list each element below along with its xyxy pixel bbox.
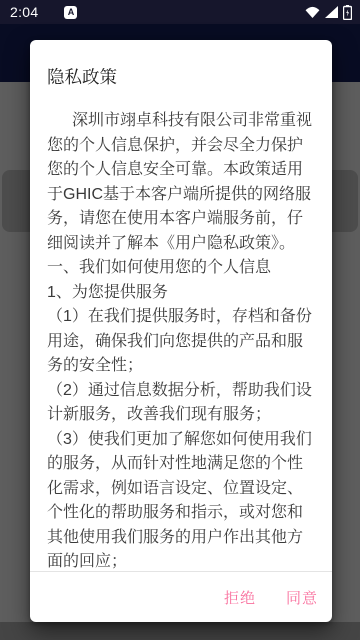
- policy-paragraph: （1）在我们提供服务时，存档和备份用途，确保我们向您提供的产品和服务的安全性；: [47, 305, 315, 379]
- refuse-button[interactable]: 拒绝: [216, 579, 264, 616]
- agree-button[interactable]: 同意: [278, 579, 326, 616]
- cellular-signal-icon: [325, 6, 338, 18]
- policy-section-heading: 一、我们如何使用您的个人信息: [47, 256, 315, 281]
- notification-app-icon: A: [64, 6, 77, 19]
- wifi-icon: [305, 6, 320, 18]
- policy-paragraph: （2）通过信息数据分析，帮助我们设计新服务，改善我们现有服务；: [47, 379, 315, 428]
- policy-subsection-heading: 1、为您提供服务: [47, 281, 315, 306]
- dialog-action-bar: 拒绝 同意: [30, 572, 332, 622]
- status-time: 2:04: [10, 4, 38, 20]
- privacy-policy-text-scroll[interactable]: 深圳市翊卓科技有限公司非常重视您的个人信息保护，并会尽全力保护您的个人信息安全可…: [30, 109, 332, 571]
- privacy-policy-dialog: 隐私政策 深圳市翊卓科技有限公司非常重视您的个人信息保护，并会尽全力保护您的个人…: [30, 40, 332, 622]
- dimmed-bottom-bar: [0, 622, 360, 640]
- dialog-title: 隐私政策: [30, 40, 332, 89]
- phone-screen: 2:04 A 隐私政策 深圳市翊卓科技有限公司非常重视您的个人信息保护，: [0, 0, 360, 640]
- battery-charging-icon: [343, 5, 352, 20]
- policy-paragraph: 深圳市翊卓科技有限公司非常重视您的个人信息保护，并会尽全力保护您的个人信息安全可…: [47, 109, 315, 256]
- status-bar: 2:04 A: [0, 0, 360, 24]
- policy-paragraph: （3）使我们更加了解您如何使用我们的服务，从而针对性地满足您的个性化需求，例如语…: [47, 428, 315, 572]
- status-right-icons: [305, 5, 352, 20]
